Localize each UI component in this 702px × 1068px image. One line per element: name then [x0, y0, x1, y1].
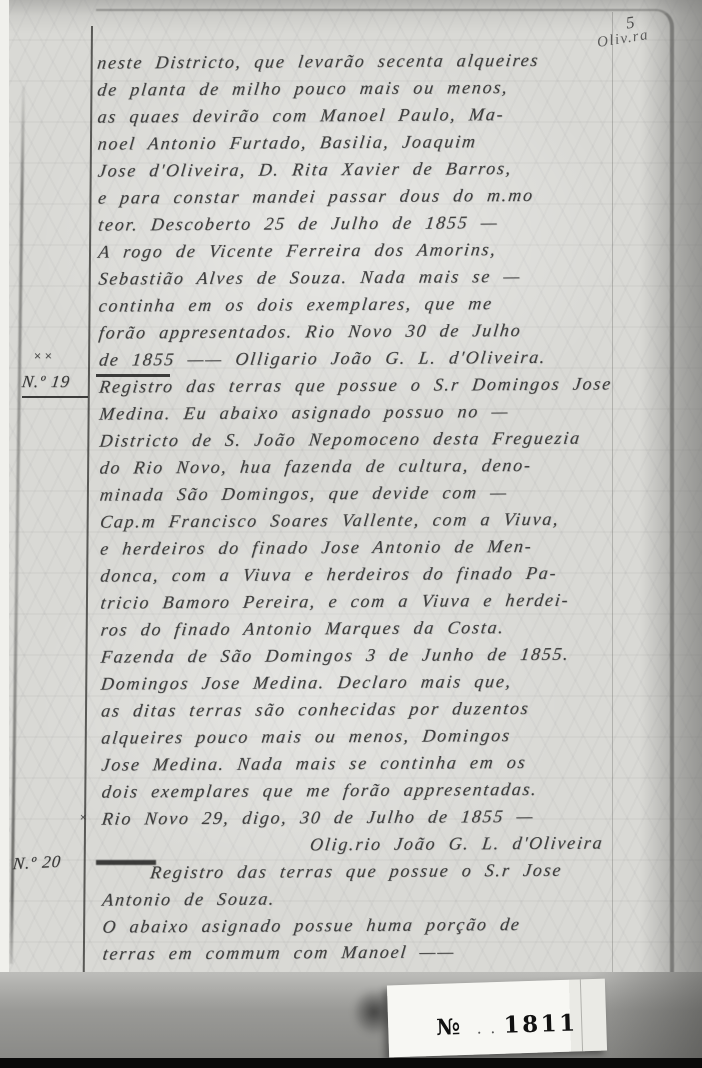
- manuscript-signature-line: Olig.rio João G. L. d'Oliveira: [308, 829, 625, 858]
- manuscript-line: Jose Medina. Nada mais se continha em os: [100, 748, 625, 778]
- archive-number-label: № . . 1811: [387, 979, 607, 1058]
- manuscript-line: dois exemplares que me forão appresentad…: [100, 775, 625, 805]
- margin-entry-19-label: N.º 19: [21, 372, 72, 392]
- manuscript-line: e herdeiros do finado Jose Antonio de Me…: [99, 532, 624, 562]
- manuscript-line: neste Districto, que levarão secenta alq…: [96, 46, 621, 76]
- manuscript-line: tricio Bamoro Pereira, e com a Viuva e h…: [99, 586, 624, 616]
- manuscript-line: forão appresentados. Rio Novo 30 de Julh…: [97, 316, 622, 346]
- manuscript-line: Sebastião Alves de Souza. Nada mais se —: [97, 262, 622, 292]
- manuscript-line: A rogo de Vicente Ferreira dos Amorins,: [97, 235, 622, 265]
- manuscript-line-entry20-opening: Registro das terras que possue o S.r Jos…: [149, 856, 626, 886]
- manuscript-line: do Rio Novo, hua fazenda de cultura, den…: [98, 451, 623, 481]
- margin-star-mark: ××: [33, 348, 55, 364]
- manuscript-line: continha em os dois exemplares, que me: [97, 289, 622, 319]
- manuscript-line: Medina. Eu abaixo asignado possuo no —: [98, 397, 623, 427]
- manuscript-line: ros do finado Antonio Marques da Costa.: [99, 613, 624, 643]
- manuscript-line: Cap.m Francisco Soares Vallente, com a V…: [99, 505, 624, 535]
- manuscript-line: as ditas terras são conhecidas por duzen…: [100, 694, 625, 724]
- scan-bottom-black-strip: [0, 1058, 702, 1068]
- margin-entry-20-label: N.º 20: [12, 852, 62, 874]
- manuscript-line-entry18-closing: de 1855 —— Olligario João G. L. d'Olivei…: [98, 343, 623, 373]
- numero-sign: №: [436, 1014, 462, 1041]
- manuscript-line: Districto de S. João Nepomoceno desta Fr…: [98, 424, 623, 454]
- manuscript-line: minada São Domingos, que devide com —: [98, 478, 623, 508]
- scan-left-edge: [0, 0, 9, 972]
- manuscript-line: e para constar mandei passar dous do m.m…: [97, 181, 622, 211]
- underline-entry-19: [22, 396, 88, 398]
- label-dots: . .: [477, 1022, 498, 1036]
- manuscript-line: donca, com a Viuva e herdeiros do finado…: [99, 559, 624, 589]
- margin-x-mark: ×: [79, 810, 87, 825]
- manuscript-line: O abaixo asignado possue huma porção de: [101, 910, 626, 940]
- manuscript-line: terras em commum com Manoel ——: [101, 937, 626, 967]
- manuscript-line: Fazenda de São Domingos 3 de Junho de 18…: [99, 640, 624, 670]
- archive-number: 1811: [503, 1009, 578, 1038]
- manuscript-line: noel Antonio Furtado, Basilia, Joaquim: [96, 127, 621, 157]
- label-text: № . . 1811: [436, 1009, 578, 1040]
- manuscript-line: de planta de milho pouco mais ou menos,: [96, 73, 621, 103]
- manuscript-line: Jose d'Oliveira, D. Rita Xavier de Barro…: [96, 154, 621, 184]
- manuscript-line-entry19-opening: Registro das terras que possue o S.r Dom…: [98, 370, 623, 400]
- label-fold-crease: [580, 979, 583, 1051]
- manuscript-line: Antonio de Souza.: [101, 883, 626, 913]
- manuscript-line: Domingos Jose Medina. Declaro mais que,: [100, 667, 625, 697]
- manuscript-line: Rio Novo 29, digo, 30 de Julho de 1855 —: [100, 802, 625, 832]
- manuscript-line: teor. Descoberto 25 de Julho de 1855 —: [97, 208, 622, 238]
- manuscript-line: alqueires pouco mais ou menos, Domingos: [100, 721, 625, 751]
- manuscript-text-block: neste Districto, que levarão secenta alq…: [97, 46, 625, 967]
- manuscript-line: as quaes devirão com Manoel Paulo, Ma-: [96, 100, 621, 130]
